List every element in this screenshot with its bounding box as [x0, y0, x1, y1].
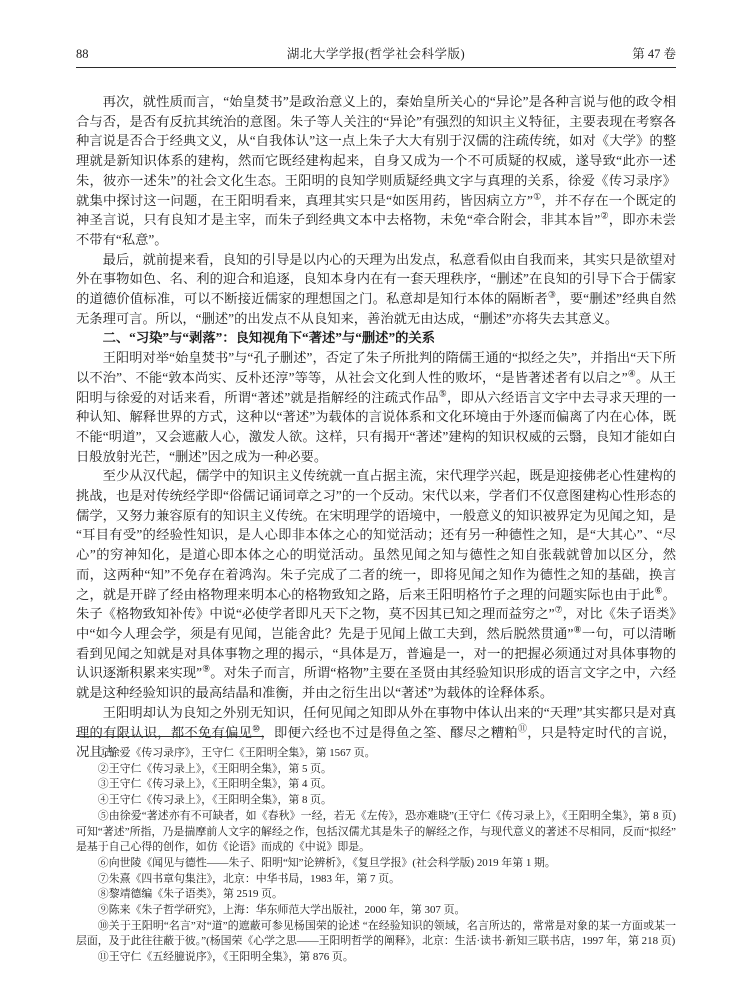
footnote-item: ③王守仁《传习录上》，《王阳明全集》，第 4 页。 — [76, 777, 676, 793]
journal-page: 88 湖北大学学报(哲学社会科学版) 第 47 卷 再次，就性质而言，“始皇焚书… — [0, 0, 750, 999]
footnote-ref: ⑤ — [439, 388, 447, 398]
paragraph: 再次，就性质而言，“始皇焚书”是政治意义上的，秦始皇所关心的“异论”是各种言说与… — [76, 92, 676, 250]
footnote-item: ⑩关于王阳明“名言”对“道”的遮蔽可参见杨国荣的论述 “在经验知识的领域，名言所… — [76, 919, 676, 950]
footnote-ref: ⑦ — [555, 605, 563, 615]
footnote-ref: ② — [600, 211, 608, 221]
footnote-item: ⑦朱熹《四书章句集注》，北京：中华书局，1983 年，第 7 页。 — [76, 872, 676, 888]
footnote-item: ⑧黎靖德编《朱子语类》，第 2519 页。 — [76, 887, 676, 903]
footnote-item: ⑨陈来《朱子哲学研究》，上海：华东师范大学出版社，2000 年，第 307 页。 — [76, 903, 676, 919]
paragraph: 王阳明对举“始皇焚书”与“孔子删述”，否定了朱子所批判的隋儒王通的“拟经之失”，… — [76, 348, 676, 466]
footnote-ref: ⑨ — [202, 664, 210, 674]
footnote-item: ②王守仁《传习录上》，《王阳明全集》，第 5 页。 — [76, 762, 676, 778]
footnote-item: ④王守仁《传习录上》，《王阳明全集》，第 8 页。 — [76, 793, 676, 809]
footnote-item: ⑪王守仁《五经臆说序》，《王阳明全集》，第 876 页。 — [76, 950, 676, 966]
section-heading: 二、“习染”与“剥落”：良知视角下“著述”与“删述”的关系 — [76, 328, 676, 348]
article-body: 再次，就性质而言，“始皇焚书”是政治意义上的，秦始皇所关心的“异论”是各种言说与… — [76, 92, 676, 762]
page-header: 88 湖北大学学报(哲学社会科学版) 第 47 卷 — [76, 44, 676, 68]
footnote-item: ⑥向世陵《闻见与德性——朱子、阳明“知”论辨析》，《复旦学报》(社会科学版) 2… — [76, 856, 676, 872]
footnote-ref: ⑥ — [654, 585, 662, 595]
paragraph: 至少从汉代起，儒学中的知识主义传统就一直占据主流，宋代理学兴起，既是迎接佛老心性… — [76, 466, 676, 702]
paragraph: 最后，就前提来看，良知的引导是以内心的天理为出发点，私意看似由自我而来，其实只是… — [76, 250, 676, 329]
footnote-ref: ⑧ — [573, 625, 581, 635]
page-number: 88 — [76, 47, 287, 62]
volume-label: 第 47 卷 — [465, 44, 676, 62]
journal-title: 湖北大学学报(哲学社会科学版) — [287, 44, 465, 62]
footnotes: ①徐爱《传习录序》，王守仁《王阳明全集》，第 1567 页。②王守仁《传习录上》… — [76, 746, 676, 966]
footnote-ref: ① — [533, 191, 541, 201]
footnote-item: ①徐爱《传习录序》，王守仁《王阳明全集》，第 1567 页。 — [76, 746, 676, 762]
footnote-ref: ⑩ — [252, 723, 260, 733]
footnote-item: ⑤由徐爱“著述亦有不可缺者，如《春秋》一经，若无《左传》，恐亦难晓”(王守仁《传… — [76, 809, 676, 856]
footnote-ref: ③ — [548, 290, 556, 300]
footnote-ref: ④ — [628, 368, 636, 378]
footnote-ref: ⑪ — [518, 723, 527, 733]
footnote-separator — [76, 736, 264, 737]
